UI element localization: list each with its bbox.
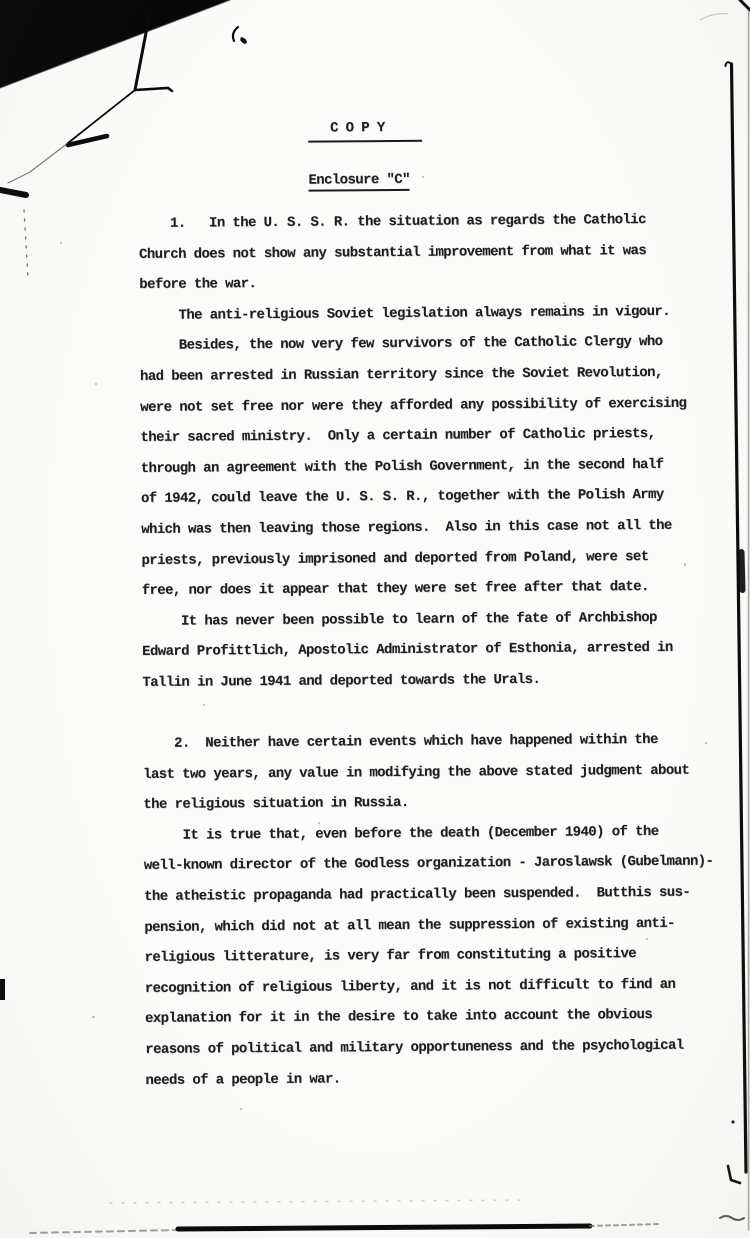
toner-speck [95, 383, 97, 385]
document-line: The anti-religious Soviet legislation al… [139, 296, 750, 332]
document-line: reasons of political and military opport… [145, 1030, 750, 1066]
document-line: the atheistic propaganda had practically… [144, 877, 750, 913]
document-line: explanation for it in the desire to take… [145, 999, 750, 1035]
document-line: Edward Profittlich, Apostolic Administra… [142, 632, 750, 668]
document-title: C O P Y [308, 121, 422, 143]
document-line: their sacred ministry. Only a certain nu… [140, 418, 750, 454]
document-line: which was then leaving those regions. Al… [141, 510, 750, 546]
document-line: had been arrested in Russian territory s… [140, 357, 750, 393]
document-line: It is true that, even before the death (… [143, 816, 750, 852]
document-line: It has never been possible to learn of t… [142, 602, 750, 638]
document-line: pension, which did not at all mean the s… [144, 908, 750, 944]
document-line: the religious situation in Russia. [143, 785, 750, 821]
document-line [143, 693, 750, 729]
document-line: through an agreement with the Polish Gov… [141, 449, 750, 485]
document-line: free, nor does it appear that they were … [142, 571, 750, 607]
document-line: priests, previously imprisoned and depor… [141, 540, 750, 576]
document-line: Tallin in June 1941 and deported towards… [142, 663, 750, 699]
document-line: of 1942, could leave the U. S. S. R., to… [141, 479, 750, 515]
document-line: well-known director of the Godless organ… [144, 846, 750, 882]
document-subtitle: Enclosure "C" [308, 173, 410, 192]
document-body: C O P Y Enclosure "C" 1. In the U. S. S.… [138, 118, 750, 1133]
document-line: were not set free nor were they afforded… [140, 388, 750, 424]
document-line: needs of a people in war. [145, 1061, 750, 1097]
toner-speck [60, 242, 62, 244]
scanned-document-page: C O P Y Enclosure "C" 1. In the U. S. S.… [0, 0, 750, 1238]
scan-corner-fold [0, 0, 230, 88]
document-line: Besides, the now very few survivors of t… [140, 326, 750, 362]
document-line: last two years, any value in modifying t… [143, 755, 750, 791]
document-line: Church does not show any substantial imp… [139, 235, 750, 271]
document-line: before the war. [139, 265, 750, 301]
document-line: recognition of religious liberty, and it… [145, 969, 750, 1005]
document-line: 1. In the U. S. S. R. the situation as r… [139, 204, 750, 240]
document-line: religious litterature, is very far from … [144, 938, 750, 974]
document-paragraphs: 1. In the U. S. S. R. the situation as r… [139, 204, 750, 1096]
toner-speck [92, 1016, 95, 1018]
document-line: 2. Neither have certain events which hav… [143, 724, 750, 760]
